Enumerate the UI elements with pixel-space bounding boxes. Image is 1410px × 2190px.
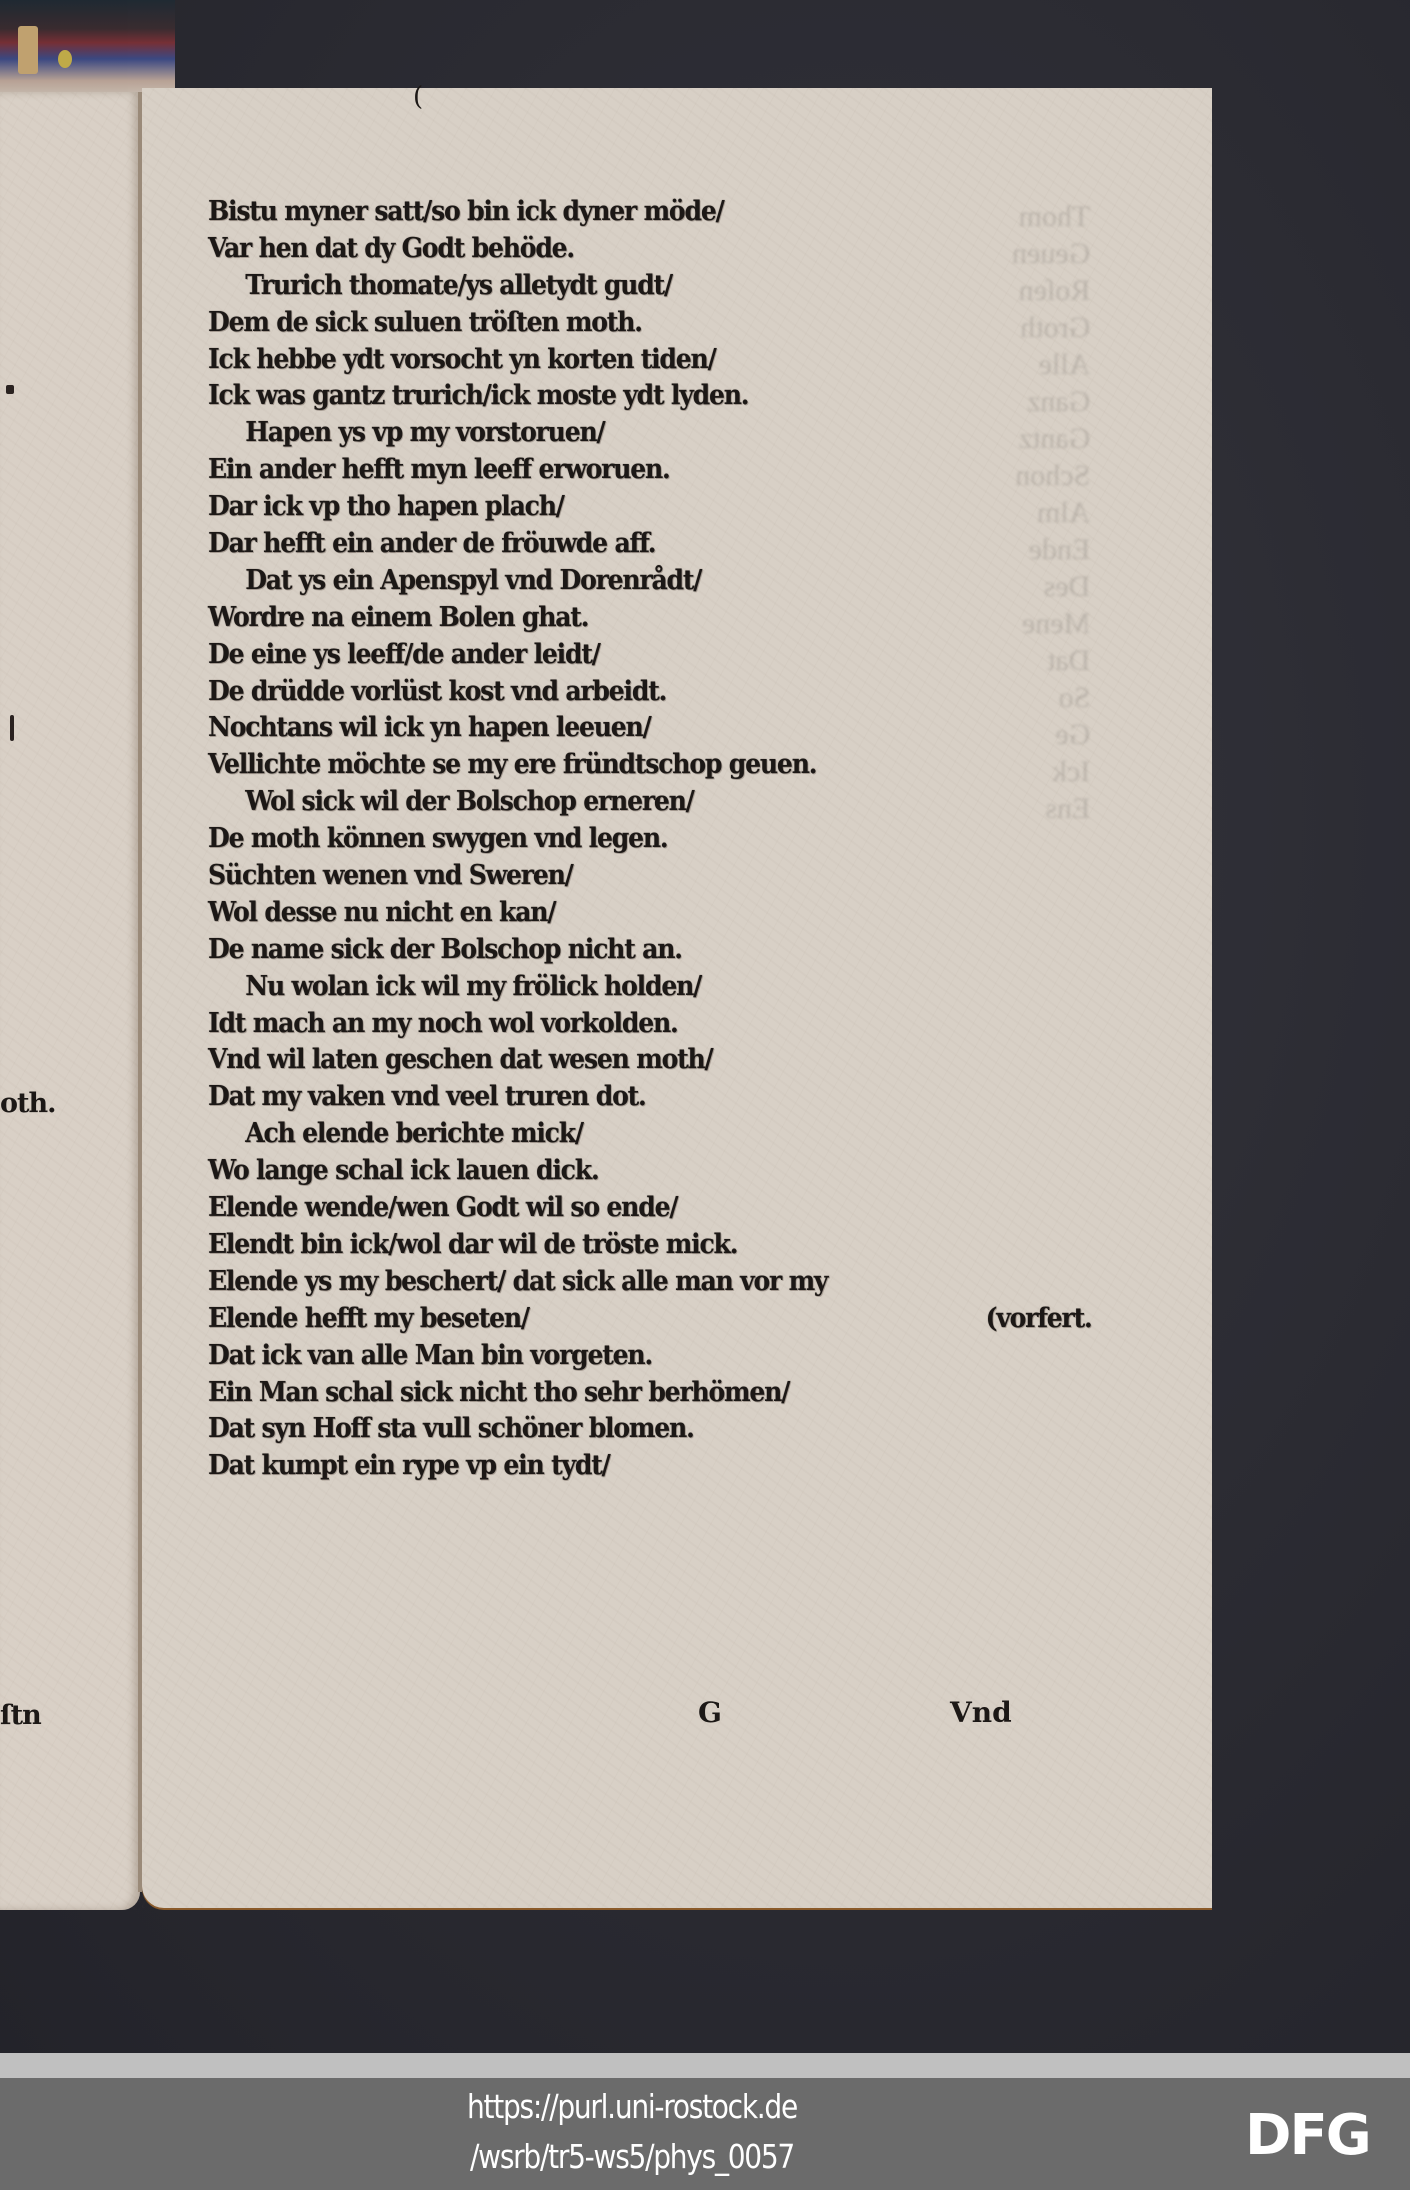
permalink-line-1: https://purl.uni-rostock.de	[428, 2082, 836, 2132]
left-page-text-fragment: ſtn	[0, 1700, 41, 1731]
text-line: Dem de sick suluen tröſten moth.	[208, 305, 1045, 342]
text-line: Vellichte möchte se my ere fründtschop g…	[208, 747, 1045, 784]
text-line: Süchten wenen vnd Sweren/	[208, 858, 1045, 895]
left-page-text-fragment: oth.	[0, 1088, 56, 1119]
footer: https://purl.uni-rostock.de /wsrb/tr5-ws…	[0, 2078, 1410, 2190]
text-line: De eine ys leeff/de ander leidt/	[208, 637, 1045, 674]
catchword: Vnd	[950, 1696, 1012, 1729]
text-line: Ick hebbe ydt vorsocht yn korten tiden/	[208, 342, 1045, 379]
text-line: Elende wende/wen Godt wil so ende/	[208, 1190, 1045, 1227]
paper-texture	[0, 92, 140, 1910]
turnover-text: (vorfert.	[986, 1301, 1092, 1338]
ink-speck	[10, 715, 14, 741]
book-spine-detail	[0, 0, 175, 95]
text-line: De moth können swygen vnd legen.	[208, 821, 1045, 858]
text-line: Dat ys ein Apenspyl vnd Dorenrådt/	[208, 563, 1045, 600]
text-line: Ach elende berichte mick/	[208, 1116, 1045, 1153]
signature-mark: G	[698, 1696, 722, 1729]
text-line: Hapen ys vp my vorstoruen/	[208, 415, 1045, 452]
text-line: Wo lange schal ick lauen dick.	[208, 1153, 1045, 1190]
text-line: Var hen dat dy Godt behöde.	[208, 231, 1045, 268]
text-line: Ick was gantz trurich/ick moste ydt lyde…	[208, 378, 1045, 415]
text-line: De name sick der Bolschop nicht an.	[208, 932, 1045, 969]
text-line: Nu wolan ick wil my frölick holden/	[208, 969, 1045, 1006]
text-line: Vnd wil laten geschen dat wesen moth/	[208, 1042, 1045, 1079]
text-line: Dat ick van alle Man bin vorgeten.	[208, 1338, 1045, 1375]
text-line: De drüdde vorlüst kost vnd arbeidt.	[208, 674, 1045, 711]
text-line: Bistu myner satt/so bin ick dyner möde/	[208, 194, 1045, 231]
text-line: Dar hefft ein ander de fröuwde aff.	[208, 526, 1045, 563]
text-line: Elendt bin ick/wol dar wil de tröste mic…	[208, 1227, 1045, 1264]
text-line-main: Elende hefft my beseten/	[208, 1303, 529, 1334]
text-line-with-turnover: Elende hefft my beseten/ (vorfert.	[208, 1301, 1045, 1338]
text-line: Dat syn Hoff sta vull schöner blomen.	[208, 1411, 1045, 1448]
text-line: Dar ick vp tho hapen plach/	[208, 489, 1045, 526]
text-line: Elende ys my beschert/ dat sick alle man…	[208, 1264, 1045, 1301]
text-line: Ein Man schal sick nicht tho sehr berhöm…	[208, 1375, 1045, 1412]
text-line: Idt mach an my noch wol vorkolden.	[208, 1006, 1045, 1043]
text-line: Dat my vaken vnd veel truren dot.	[208, 1079, 1045, 1116]
permalink[interactable]: https://purl.uni-rostock.de /wsrb/tr5-ws…	[428, 2082, 836, 2182]
page-body-text: Bistu myner satt/so bin ick dyner möde/ …	[208, 194, 1108, 1485]
ink-speck	[6, 385, 14, 394]
left-page	[0, 92, 140, 1910]
permalink-line-2: /wsrb/tr5-ws5/phys_0057	[428, 2132, 836, 2182]
dfg-logo: DFG	[1245, 2111, 1370, 2161]
text-line: Ein ander hefft myn leeff erworuen.	[208, 452, 1045, 489]
text-line: Wordre na einem Bolen ghat.	[208, 600, 1045, 637]
text-line: Wol desse nu nicht en kan/	[208, 895, 1045, 932]
footer-separator	[0, 2053, 1410, 2078]
text-line: Dat kumpt ein rype vp ein tydt/	[208, 1448, 1045, 1485]
text-line: Trurich thomate/ys alletydt gudt/	[208, 268, 1045, 305]
top-mark: (	[413, 82, 423, 112]
text-line: Nochtans wil ick yn hapen leeuen/	[208, 710, 1045, 747]
text-line: Wol sick wil der Bolschop erneren/	[208, 784, 1045, 821]
